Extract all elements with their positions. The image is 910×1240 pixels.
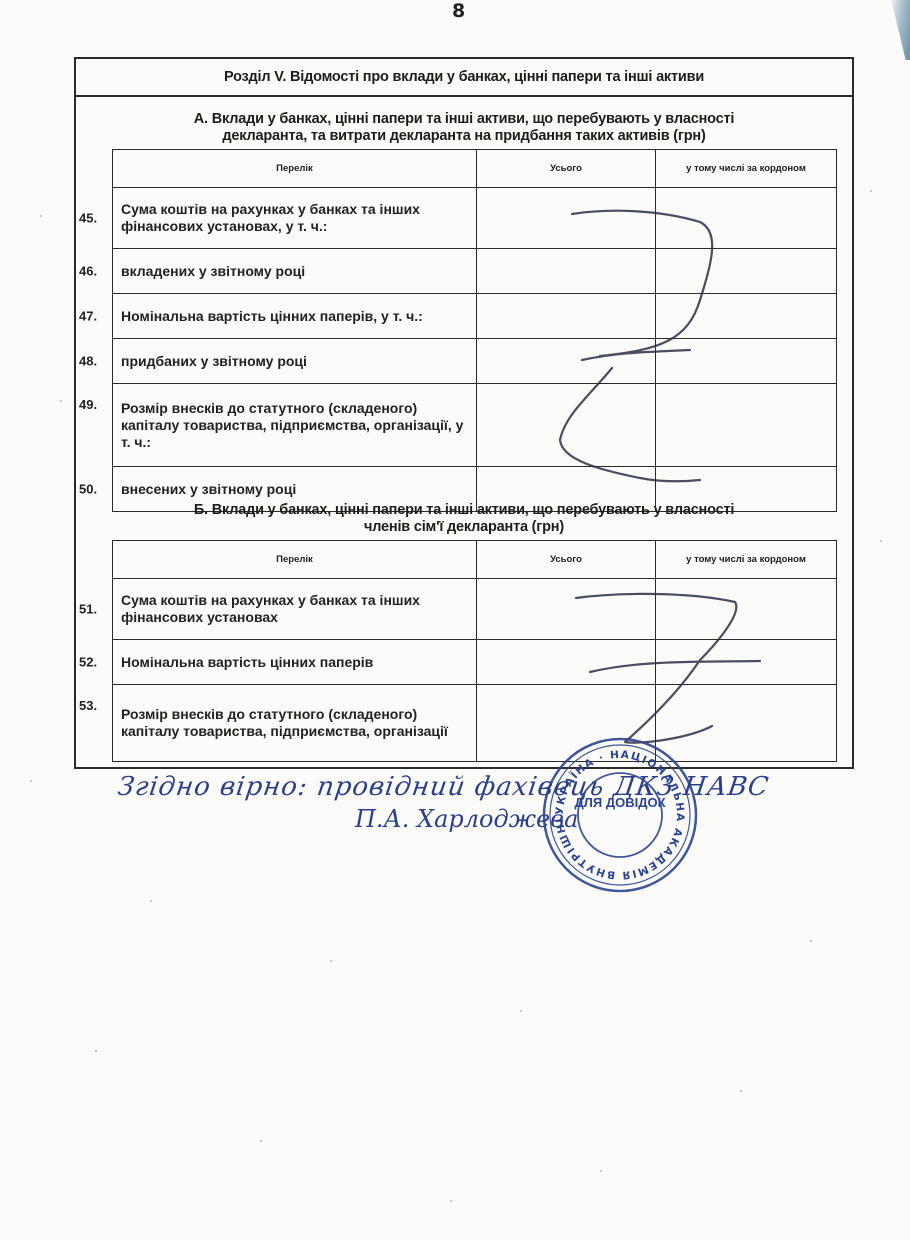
column-header-abroad: у тому числі за кордоном bbox=[656, 541, 837, 579]
row-number: 53. bbox=[79, 697, 109, 714]
page-edge-shadow bbox=[888, 0, 910, 60]
table-row: 48.придбаних у звітному році bbox=[113, 339, 837, 384]
row-label: Розмір внесків до статутного (складеного… bbox=[121, 400, 463, 450]
column-header-list: Перелік bbox=[113, 541, 477, 579]
abroad-cell[interactable] bbox=[656, 579, 837, 640]
row-number: 48. bbox=[79, 353, 109, 370]
abroad-cell[interactable] bbox=[656, 294, 837, 339]
table-row: 52.Номінальна вартість цінних паперів bbox=[113, 640, 837, 685]
abroad-cell[interactable] bbox=[656, 339, 837, 384]
section-v-frame: Розділ V. Відомості про вклади у банках,… bbox=[74, 57, 854, 769]
total-cell[interactable] bbox=[477, 579, 656, 640]
part-a-title: А. Вклади у банках, цінні папери та інші… bbox=[76, 111, 852, 145]
column-header-list: Перелік bbox=[113, 150, 477, 188]
row-label: вкладених у звітному році bbox=[121, 263, 305, 279]
total-cell[interactable] bbox=[477, 249, 656, 294]
table-row: 45.Сума коштів на рахунках у банках та і… bbox=[113, 188, 837, 249]
row-label: придбаних у звітному році bbox=[121, 353, 307, 369]
table-row: 46.вкладених у звітному році bbox=[113, 249, 837, 294]
total-cell[interactable] bbox=[477, 294, 656, 339]
part-b-table: Перелік Усього у тому числі за кордоном … bbox=[112, 540, 837, 762]
row-label: внесених у звітному році bbox=[121, 481, 296, 497]
row-number: 50. bbox=[79, 481, 109, 498]
row-number: 52. bbox=[79, 654, 109, 671]
row-label: Сума коштів на рахунках у банках та інши… bbox=[121, 201, 420, 234]
part-b-title-line1: Б. Вклади у банках, цінні папери та інші… bbox=[76, 502, 852, 519]
part-a-title-line2: декларанта, та витрати декларанта на при… bbox=[76, 128, 852, 145]
abroad-cell[interactable] bbox=[656, 249, 837, 294]
row-number: 49. bbox=[79, 396, 109, 413]
part-a-title-line1: А. Вклади у банках, цінні папери та інші… bbox=[76, 111, 852, 128]
certification-handwritten-note: Згідно вірно: провідний фахівець ДКЗ НАВ… bbox=[116, 772, 771, 802]
table-row: 47.Номінальна вартість цінних паперів, у… bbox=[113, 294, 837, 339]
row-label: Сума коштів на рахунках у банках та інши… bbox=[121, 592, 420, 625]
table-row: 53.Розмір внесків до статутного (складен… bbox=[113, 685, 837, 762]
abroad-cell[interactable] bbox=[656, 384, 837, 467]
row-number: 51. bbox=[79, 601, 109, 618]
column-header-total: Усього bbox=[477, 150, 656, 188]
row-label: Номінальна вартість цінних паперів, у т.… bbox=[121, 308, 423, 324]
page-number: 8 bbox=[452, 0, 465, 22]
column-header-total: Усього bbox=[477, 541, 656, 579]
row-label: Номінальна вартість цінних паперів bbox=[121, 654, 373, 670]
table-row: 51.Сума коштів на рахунках у банках та і… bbox=[113, 579, 837, 640]
table-header-row: Перелік Усього у тому числі за кордоном bbox=[113, 150, 837, 188]
part-b-title: Б. Вклади у банках, цінні папери та інші… bbox=[76, 502, 852, 536]
row-number: 46. bbox=[79, 263, 109, 280]
total-cell[interactable] bbox=[477, 640, 656, 685]
table-row: 49.Розмір внесків до статутного (складен… bbox=[113, 384, 837, 467]
section-title: Розділ V. Відомості про вклади у банках,… bbox=[76, 59, 852, 97]
part-a-table: Перелік Усього у тому числі за кордоном … bbox=[112, 149, 837, 512]
part-b-title-line2: членів сім'ї декларанта (грн) bbox=[76, 519, 852, 536]
row-number: 45. bbox=[79, 210, 109, 227]
total-cell[interactable] bbox=[477, 188, 656, 249]
total-cell[interactable] bbox=[477, 384, 656, 467]
total-cell[interactable] bbox=[477, 339, 656, 384]
abroad-cell[interactable] bbox=[656, 640, 837, 685]
signature: П.А. Харлоджева bbox=[355, 805, 578, 833]
abroad-cell[interactable] bbox=[656, 188, 837, 249]
row-label: Розмір внесків до статутного (складеного… bbox=[121, 706, 448, 739]
column-header-abroad: у тому числі за кордоном bbox=[656, 150, 837, 188]
row-number: 47. bbox=[79, 308, 109, 325]
table-header-row: Перелік Усього у тому числі за кордоном bbox=[113, 541, 837, 579]
